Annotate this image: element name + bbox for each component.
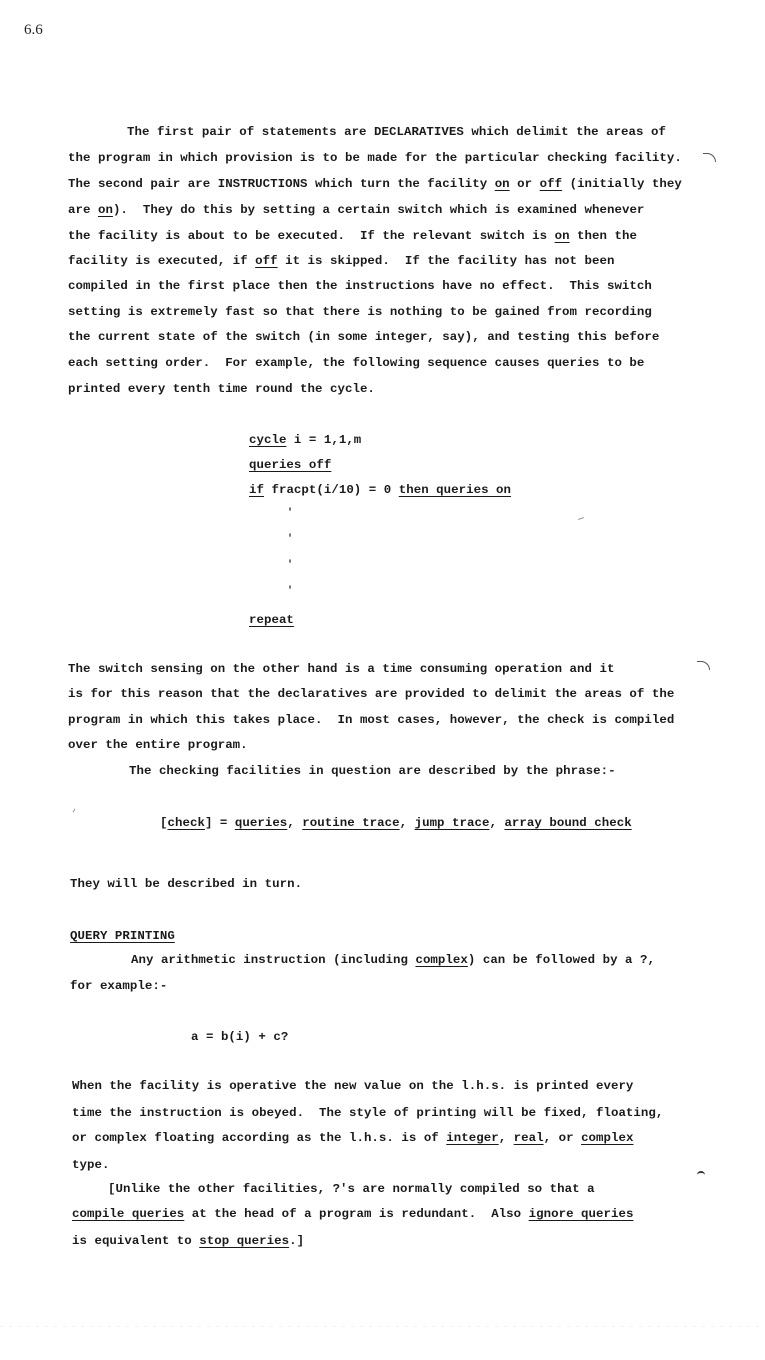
text-line: each setting order. For example, the fol… [68, 355, 644, 371]
margin-mark [697, 661, 710, 670]
code-line: queries off [249, 457, 331, 473]
text-line: type. [72, 1157, 109, 1173]
text-line: time the instruction is obeyed. The styl… [72, 1105, 663, 1121]
text-line: The checking facilities in question are … [129, 763, 616, 779]
keyword-then-queries-on: then queries on [399, 483, 511, 497]
code-line: if fracpt(i/10) = 0 then queries on [249, 482, 511, 498]
scan-noise [0, 1326, 765, 1327]
text-line: are on). They do this by setting a certa… [68, 202, 644, 218]
code-line: cycle i = 1,1,m [249, 432, 361, 448]
text-line: or complex floating according as the l.h… [72, 1130, 633, 1146]
keyword-queries: queries [235, 816, 287, 830]
text-line: compile queries at the head of a program… [72, 1206, 633, 1222]
keyword-ignore-queries: ignore queries [529, 1207, 634, 1221]
keyword-if: if [249, 483, 264, 497]
scan-speck [578, 517, 584, 520]
example-expression: a = b(i) + c? [191, 1029, 288, 1045]
text-line: setting is extremely fast so that there … [68, 304, 652, 320]
ellipsis-mark: ' [287, 560, 293, 571]
text-line: Any arithmetic instruction (including co… [131, 952, 655, 968]
keyword-compile-queries: compile queries [72, 1207, 184, 1221]
margin-mark [703, 153, 716, 162]
scan-speck [73, 809, 76, 813]
keyword-complex: complex [581, 1131, 633, 1145]
keyword-on: on [495, 177, 510, 191]
text-line: They will be described in turn. [70, 876, 302, 892]
keyword-off: off [540, 177, 562, 191]
keyword-jump-trace: jump trace [415, 816, 490, 830]
text-line: printed every tenth time round the cycle… [68, 381, 375, 397]
keyword-on: on [555, 229, 570, 243]
text-line: the program in which provision is to be … [68, 150, 682, 166]
text-line: over the entire program. [68, 737, 248, 753]
text-line: for example:- [70, 978, 167, 994]
text-line: The switch sensing on the other hand is … [68, 661, 614, 677]
keyword-check: check [168, 816, 205, 830]
section-heading: QUERY PRINTING [70, 928, 175, 944]
text-line: is for this reason that the declaratives… [68, 686, 674, 702]
check-phrase: [check] = queries, routine trace, jump t… [160, 815, 632, 831]
text-line: the current state of the switch (in some… [68, 329, 659, 345]
keyword-cycle: cycle [249, 433, 286, 447]
text-line: The second pair are INSTRUCTIONS which t… [68, 176, 682, 192]
keyword-stop-queries: stop queries [199, 1234, 289, 1248]
keyword-complex: complex [415, 953, 467, 967]
margin-mark [697, 1171, 705, 1178]
code-line: repeat [249, 612, 294, 628]
text-line: program in which this takes place. In mo… [68, 712, 674, 728]
text-line: the facility is about to be executed. If… [68, 228, 637, 244]
text-line: facility is executed, if off it is skipp… [68, 253, 614, 269]
keyword-off: off [255, 254, 277, 268]
keyword-repeat: repeat [249, 613, 294, 627]
text-line: is equivalent to stop queries.] [72, 1233, 304, 1249]
ellipsis-mark: ' [287, 586, 293, 597]
page-number: 6.6 [24, 22, 43, 39]
ellipsis-mark: ' [287, 508, 293, 519]
keyword-queries-off: queries off [249, 458, 331, 472]
ellipsis-mark: ' [287, 534, 293, 545]
keyword-routine-trace: routine trace [302, 816, 399, 830]
text-line: compiled in the first place then the ins… [68, 278, 652, 294]
text-line: When the facility is operative the new v… [72, 1078, 633, 1094]
keyword-real: real [514, 1131, 544, 1145]
text-line: The first pair of statements are DECLARA… [127, 124, 666, 140]
keyword-array-bound-check: array bound check [504, 816, 631, 830]
text-line: [Unlike the other facilities, ?'s are no… [108, 1181, 595, 1197]
keyword-integer: integer [446, 1131, 498, 1145]
keyword-on: on [98, 203, 113, 217]
